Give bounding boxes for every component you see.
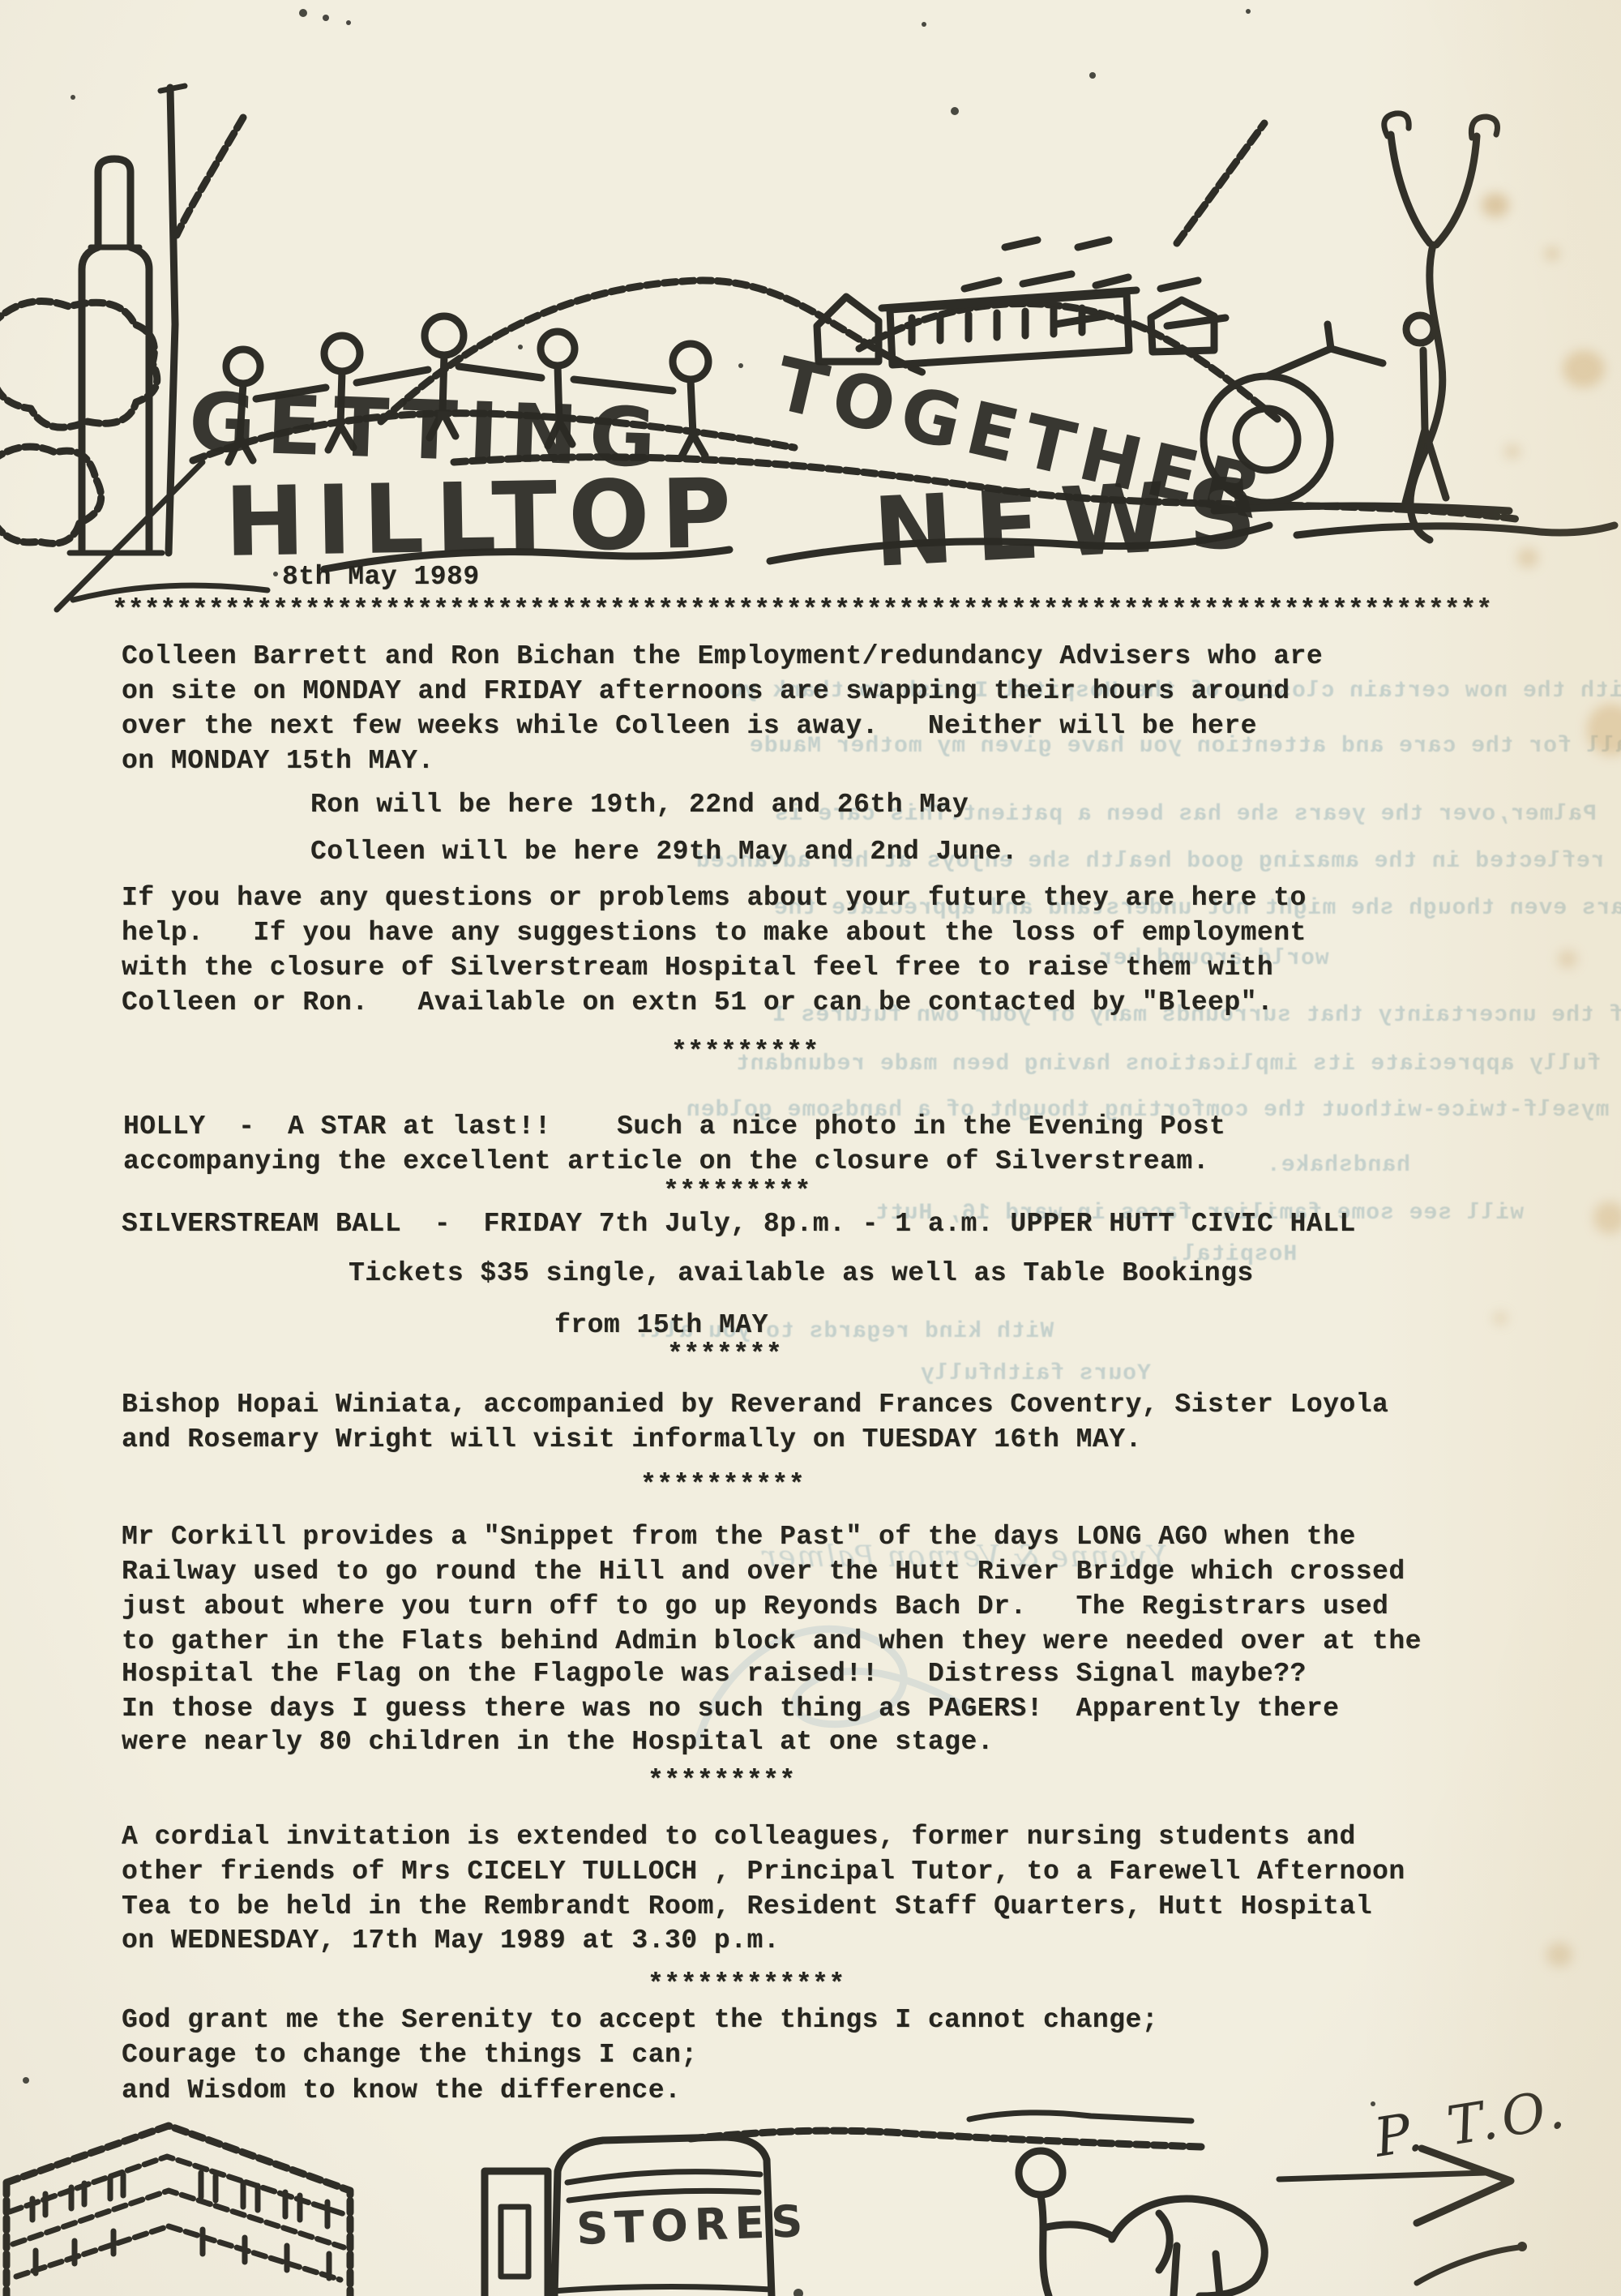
bleedthrough-line: Yours faithfully [920, 1360, 1151, 1388]
body-line: on site on MONDAY and FRIDAY afternoons … [122, 675, 1290, 708]
body-line: Mr Corkill provides a "Snippet from the … [122, 1521, 1356, 1553]
person-drawing [1019, 2151, 1264, 2296]
houses-drawing [817, 290, 1214, 365]
footer-art: STORES P. T.O. [0, 2075, 1621, 2296]
body-line: Colleen Barrett and Ron Bichan the Emplo… [122, 640, 1323, 673]
body-line: SILVERSTREAM BALL - FRIDAY 7th July, 8p.… [122, 1208, 1356, 1240]
diagonal-stroke [177, 118, 243, 235]
body-line: A cordial invitation is extended to coll… [122, 1821, 1356, 1853]
separator-line-full: ****************************************… [112, 594, 1492, 627]
body-line: HOLLY - A STAR at last!! Such a nice pho… [123, 1111, 1225, 1143]
separator-line: ********* [648, 1765, 796, 1797]
body-line: Tea to be held in the Rembrandt Room, Re… [122, 1891, 1372, 1923]
bleedthrough-line: handshake. [1266, 1152, 1410, 1180]
paper-stain [1546, 1943, 1572, 1967]
hospital-building-drawing [6, 2126, 350, 2296]
body-line: Courage to change the things I can; [122, 2039, 698, 2071]
masthead-art: GETTING TOGETHER HILLTOP NEWS [0, 81, 1621, 616]
body-line: If you have any questions or problems ab… [122, 882, 1307, 915]
body-line: Railway used to go round the Hill and ov… [122, 1556, 1405, 1588]
pto-arrow-icon [1279, 2148, 1527, 2283]
body-line: Hospital the Flag on the Flagpole was ra… [122, 1658, 1307, 1690]
pto-note: P. T.O. [1369, 2077, 1573, 2170]
body-line: help. If you have any suggestions to mak… [122, 917, 1307, 949]
paper-stain [1493, 1312, 1508, 1325]
body-line: from 15th MAY [554, 1309, 768, 1342]
body-line: to gather in the Flats behind Admin bloc… [122, 1626, 1422, 1658]
body-line: Colleen will be here 29th May and 2nd Ju… [310, 836, 1018, 868]
body-line: just about where you turn off to go up R… [122, 1591, 1388, 1623]
separator-line: ********* [663, 1176, 811, 1208]
date-line: 8th May 1989 [282, 561, 480, 593]
newsletter-page: GETTING TOGETHER HILLTOP NEWS 8th May 19… [0, 0, 1621, 2296]
body-line: on WEDNESDAY, 17th May 1989 at 3.30 p.m. [122, 1925, 780, 1957]
body-line: with the closure of Silverstream Hospita… [122, 952, 1273, 984]
body-line: on MONDAY 15th MAY. [122, 745, 434, 777]
body-line: Colleen or Ron. Available on extn 51 or … [122, 987, 1273, 1019]
body-line: were nearly 80 children in the Hospital … [122, 1726, 994, 1758]
separator-line: ********** [640, 1469, 805, 1501]
flagpole-drawing [169, 88, 175, 553]
body-line: and Wisdom to know the difference. [122, 2075, 681, 2107]
body-line: In those days I guess there was no such … [122, 1693, 1339, 1725]
separator-line: ********* [671, 1036, 819, 1069]
body-line: Ron will be here 19th, 22nd and 26th May [310, 789, 969, 821]
masthead-title-news: NEWS [870, 456, 1280, 589]
body-line: Bishop Hopai Winiata, accompanied by Rev… [122, 1389, 1388, 1421]
separator-line: ******* [667, 1339, 782, 1371]
paper-stain [1593, 1202, 1621, 1234]
body-line: over the next few weeks while Colleen is… [122, 710, 1257, 743]
paper-stain [1558, 950, 1577, 968]
bleedthrough-line: fully appreciate its implications having… [735, 1051, 1601, 1078]
body-line: and Rosemary Wright will visit informall… [122, 1424, 1142, 1456]
separator-line: ************ [648, 1968, 845, 2001]
body-line: God grant me the Serenity to accept the … [122, 2004, 1158, 2037]
body-line: Tickets $35 single, available as well as… [349, 1257, 1254, 1290]
body-line: accompanying the excellent article on th… [123, 1146, 1209, 1178]
body-line: other friends of Mrs CICELY TULLOCH , Pr… [122, 1856, 1405, 1888]
chimney-bottle-drawing [82, 159, 149, 550]
masthead-title-hilltop: HILLTOP [224, 457, 743, 578]
stores-sign: STORES [575, 2195, 810, 2255]
